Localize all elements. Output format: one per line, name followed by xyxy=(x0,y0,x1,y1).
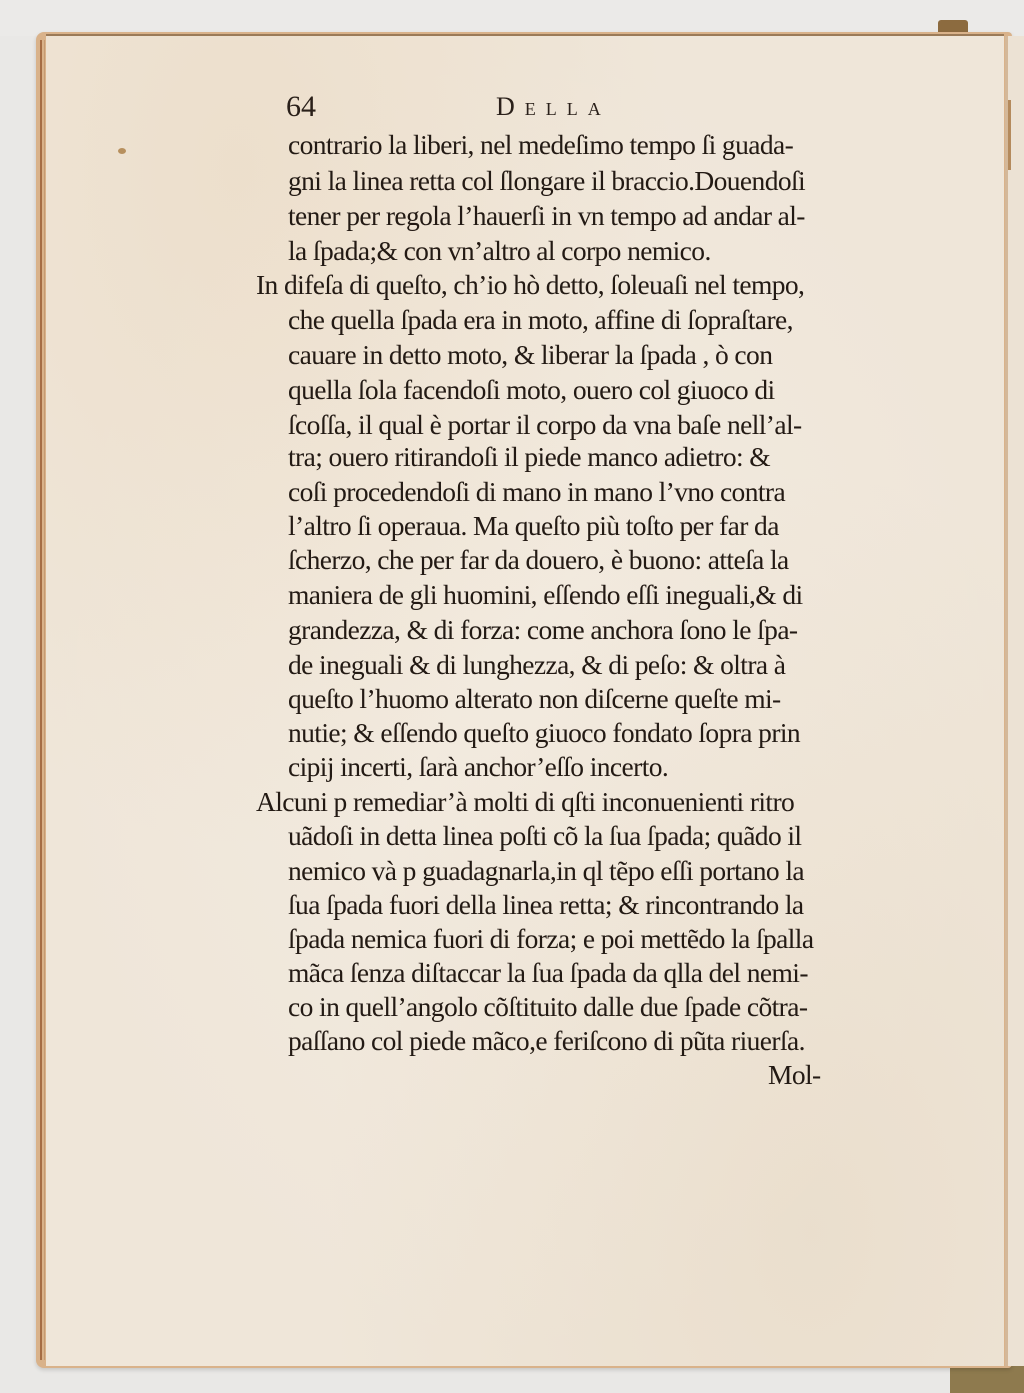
text-line: nemico và p guadagnarla,in ql tẽpo eſſi … xyxy=(288,854,804,888)
text-line: gni la linea retta col ſlongare il bracc… xyxy=(288,164,805,198)
text-line: nutie; & eſſendo queſto giuoco fondato ſ… xyxy=(288,716,800,750)
text-line: paſſano col piede mãco,e feriſcono di pũ… xyxy=(288,1024,805,1058)
backdrop xyxy=(0,0,1024,36)
text-line: coſi procedendoſi di mano in mano l’vno … xyxy=(288,475,785,509)
facing-page-edge xyxy=(1008,36,1024,1366)
text-line: tra; ouero ritirandoſi il piede manco ad… xyxy=(288,440,770,474)
text-line: de ineguali & di lunghezza, & di peſo: &… xyxy=(288,648,785,682)
text-line: contrario la liberi, nel medeſimo tempo … xyxy=(288,128,793,162)
book-cover-edge-bottom xyxy=(950,1366,1024,1393)
text-line: uãdoſi in detta linea poſti cõ la ſua ſp… xyxy=(288,819,801,853)
gutter-stain xyxy=(1008,100,1011,170)
page-edge-inner xyxy=(44,40,45,1360)
text-line: l’altro ſi operaua. Ma queſto più toſto … xyxy=(288,509,779,543)
text-line: che quella ſpada era in moto, affine di … xyxy=(288,303,793,337)
ink-spot xyxy=(118,148,126,154)
text-line: ſcoſſa, il qual è portar il corpo da vna… xyxy=(288,408,802,442)
text-line: maniera de gli huomini, eſſendo eſſi ine… xyxy=(288,578,803,612)
text-line: ſcherzo, che per far da douero, è buono:… xyxy=(288,543,789,577)
running-head-title: Della xyxy=(496,92,611,122)
page-edge xyxy=(40,40,42,1360)
text-line: queſto l’huomo alterato non diſcerne que… xyxy=(288,682,781,716)
text-line: Mol- xyxy=(768,1058,821,1092)
page-number: 64 xyxy=(286,90,316,124)
text-line: tener per regola l’hauerſi in vn tempo a… xyxy=(288,199,805,233)
text-line: ſpada nemica fuori di forza; e poi mettẽ… xyxy=(288,922,813,956)
text-line: cipij incerti, ſarà anchor’eſſo incerto. xyxy=(288,750,668,784)
text-line: cauare in detto moto, & liberar la ſpada… xyxy=(288,338,772,372)
text-line: grandezza, & di forza: come anchora ſono… xyxy=(288,613,797,647)
text-line: co in quell’angolo cõſtituito dalle due … xyxy=(288,990,807,1024)
text-line: quella ſola facendoſi moto, ouero col gi… xyxy=(288,373,775,407)
text-line: Alcuni p remediar’à molti di qſti inconu… xyxy=(256,785,794,819)
running-head: 64 Della xyxy=(286,90,666,130)
text-line: mãca ſenza diſtaccar la ſua ſpada da qll… xyxy=(288,956,808,990)
text-line: ſua ſpada fuori della linea retta; & rin… xyxy=(288,888,804,922)
text-line: In difeſa di queſto, ch’io hò detto, ſol… xyxy=(256,268,804,302)
text-line: la ſpada;& con vn’altro al corpo nemico. xyxy=(288,234,711,268)
